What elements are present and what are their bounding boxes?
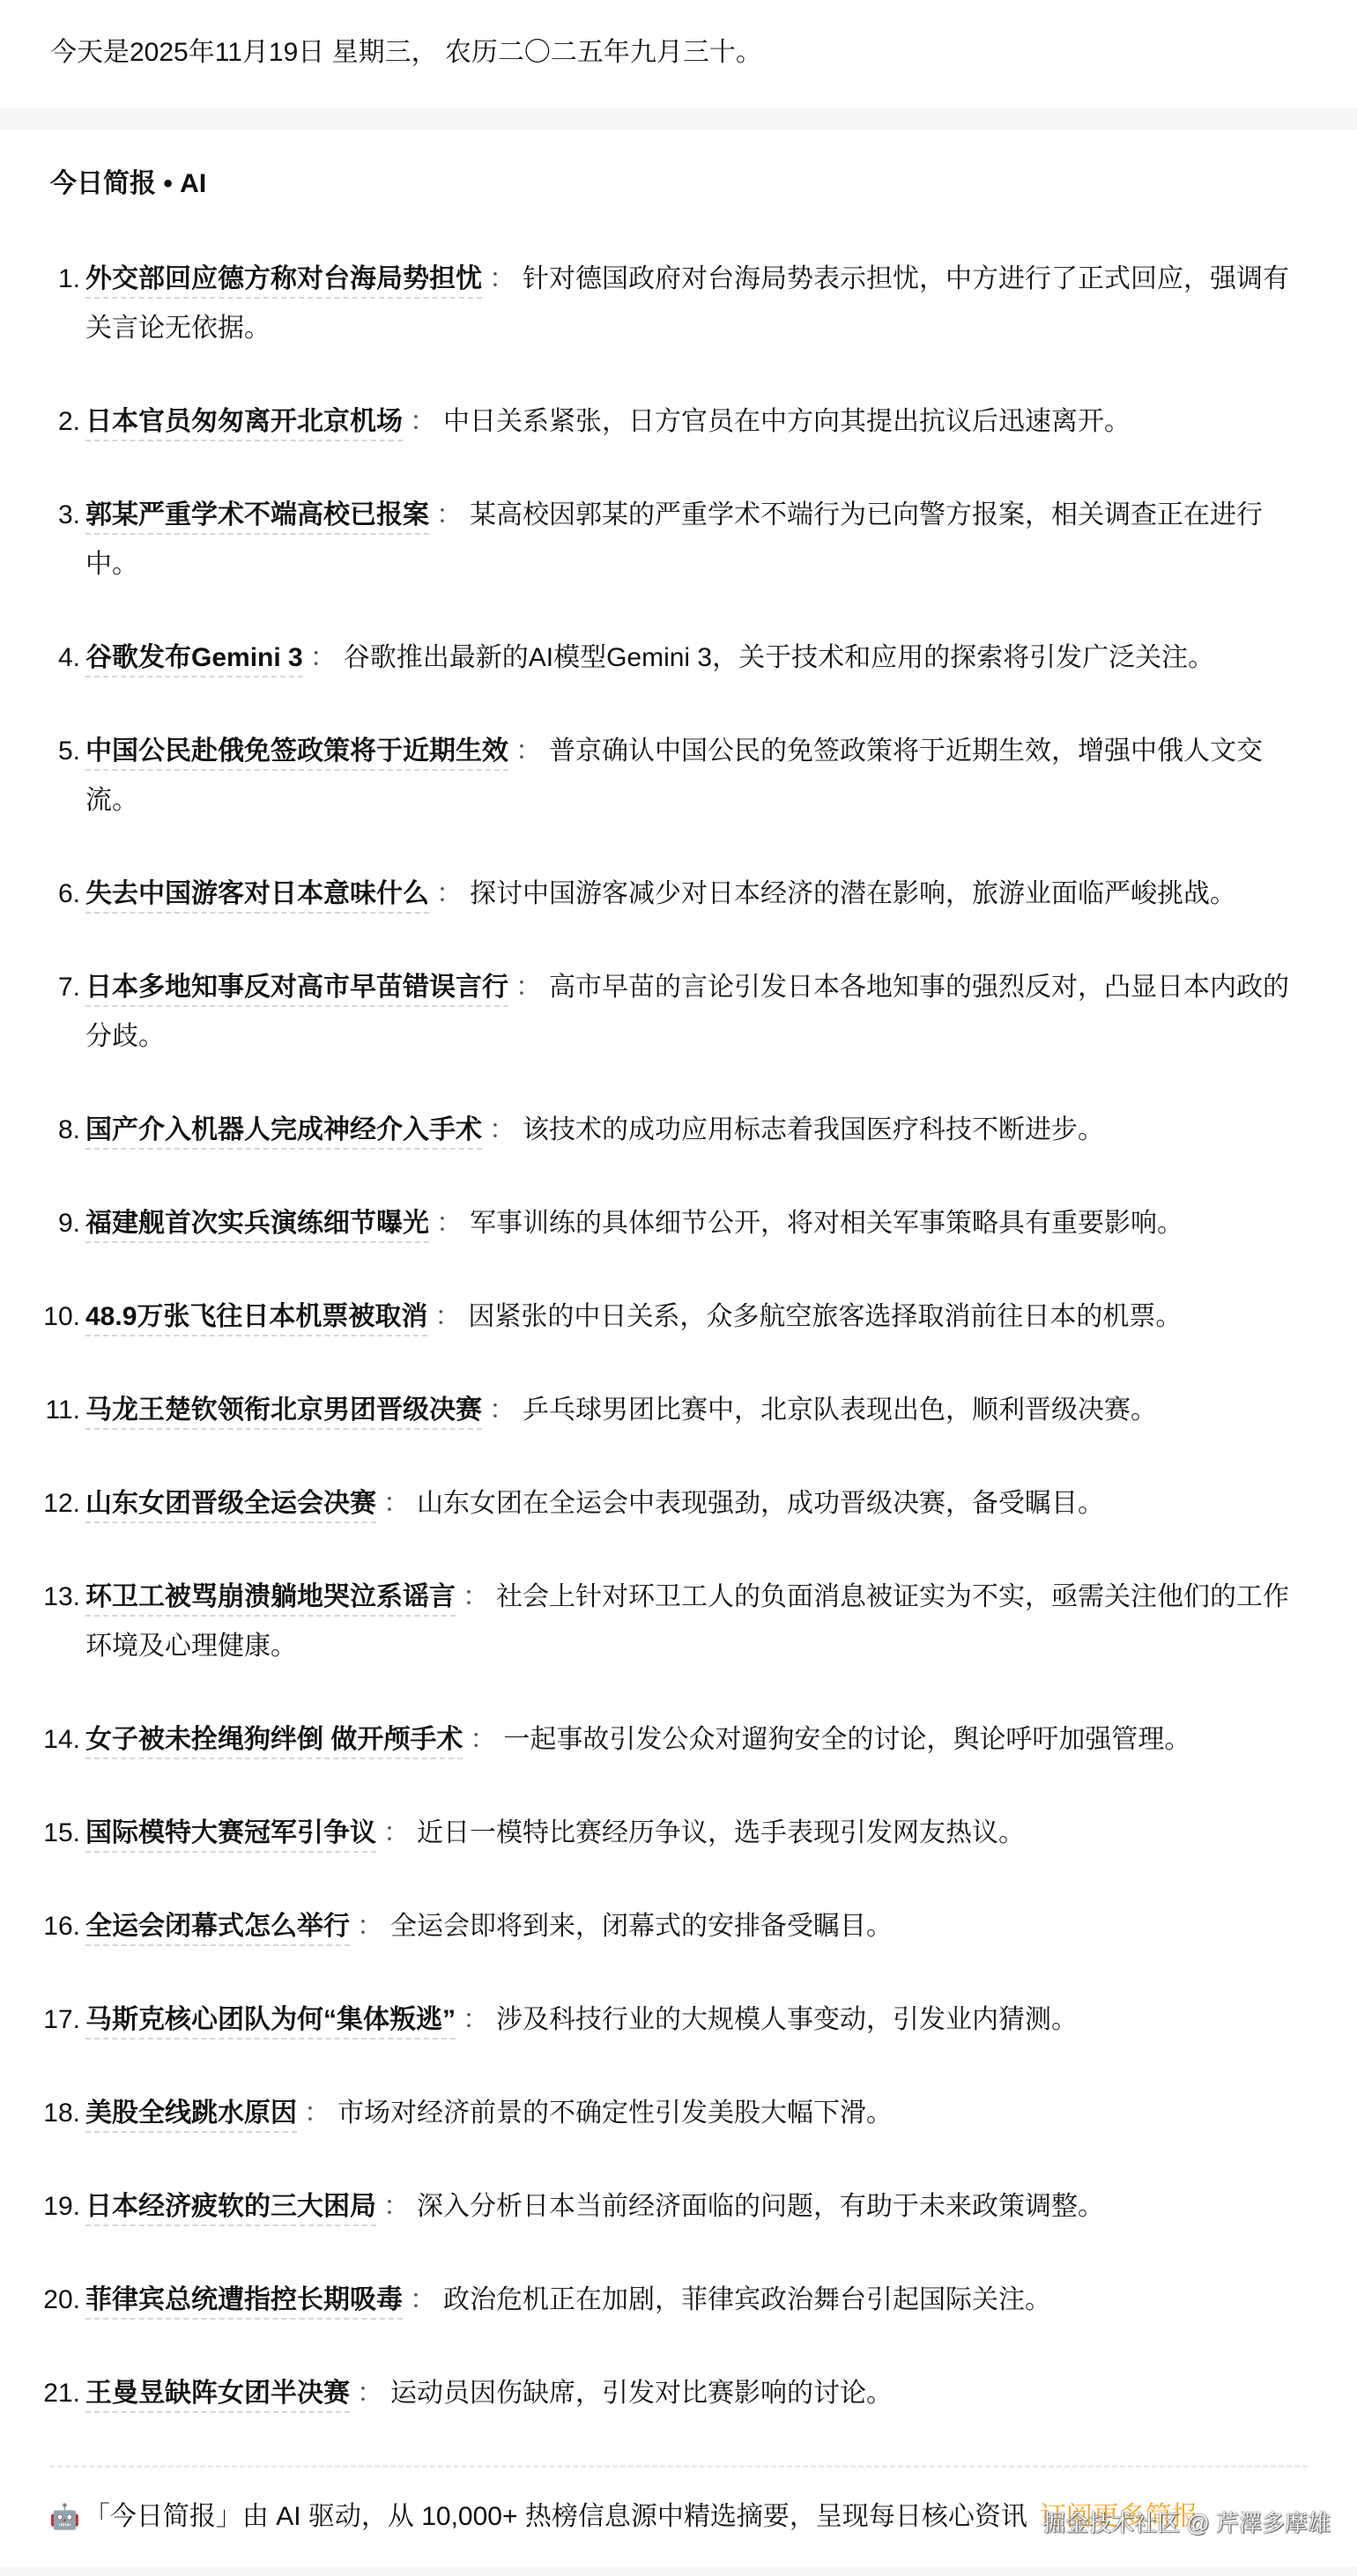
news-description: 一起事故引发公众对遛狗安全的讨论，舆论呼吁加强管理。 [503,1725,1190,1754]
news-description: 全运会即将到来，闭幕式的安排备受瞩目。 [390,1912,893,1941]
news-number: 6. [0,870,80,919]
date-bar: 今天是2025年11月19日 星期三， 农历二〇二五年九月三十。 [0,0,1357,108]
news-number: 1. [0,255,80,304]
news-number: 15. [0,1809,80,1858]
news-description: 乒乓球男团比赛中，北京队表现出色，顺利晋级决赛。 [523,1395,1157,1425]
briefing-title: 今日简报 • AI [50,167,206,202]
news-title-link[interactable]: 菲律宾总统遭指控长期吸毒 [85,2285,403,2320]
news-title-link[interactable]: 日本经济疲软的三大困局 [85,2192,376,2226]
news-separator: ： [470,1725,496,1754]
news-item: 4. 谷歌发布Gemini 3：谷歌推出最新的AI模型Gemini 3，关于技术… [0,633,1357,683]
news-title-link[interactable]: 日本多地知事反对高市早苗错误言行 [85,973,508,1007]
news-title-link[interactable]: 国际模特大赛冠军引争议 [85,1818,376,1853]
news-item: 14. 女子被未拴绳狗绊倒 做开颅手术：一起事故引发公众对遛狗安全的讨论，舆论呼… [0,1715,1357,1765]
news-separator: ： [489,264,515,293]
news-description: 市场对经济前景的不确定性引发美股大幅下滑。 [337,2099,893,2128]
news-item: 18. 美股全线跳水原因：市场对经济前景的不确定性引发美股大幅下滑。 [0,2089,1357,2138]
news-title-link[interactable]: 马斯克核心团队为何“集体叛逃” [85,2005,456,2039]
news-item: 10. 48.9万张飞往日本机票被取消：因紧张的中日关系，众多航空旅客选择取消前… [0,1292,1357,1342]
news-title-link[interactable]: 日本官员匆匆离开北京机场 [85,407,403,441]
news-number: 11. [0,1386,80,1435]
news-number: 16. [0,1902,80,1951]
news-description: 该技术的成功应用标志着我国医疗科技不断进步。 [523,1115,1104,1144]
news-separator: ： [410,2285,436,2314]
news-description: 军事训练的具体细节公开，将对相关军事策略具有重要影响。 [470,1209,1183,1238]
footer-description: 「今日简报」由 AI 驱动，从 10,000+ 热榜信息源中精选摘要，呈现每日核… [84,2502,1027,2531]
news-item: 21. 王曼昱缺阵女团半决赛：运动员因伤缺席，引发对比赛影响的讨论。 [0,2369,1357,2418]
news-number: 19. [0,2182,80,2232]
news-item: 8. 国产介入机器人完成神经介入手术：该技术的成功应用标志着我国医疗科技不断进步… [0,1106,1357,1155]
section-divider-band [0,108,1357,130]
news-description: 探讨中国游客减少对日本经济的潜在影响，旅游业面临严峻挑战。 [470,879,1236,908]
watermark: 掘金技术社区 @ 芹澤多摩雄 [1042,2506,1331,2538]
news-number: 4. [0,633,80,683]
news-separator: ： [357,2379,383,2408]
news-separator: ： [357,1912,383,1941]
news-list: 1. 外交部回应德方称对台海局势担忧：针对德国政府对台海局势表示担忧，中方进行了… [0,255,1357,2462]
news-item: 13. 环卫工被骂崩溃躺地哭泣系谣言：社会上针对环卫工人的负面消息被证实为不实，… [0,1573,1357,1671]
news-number: 9. [0,1199,80,1248]
news-item: 5. 中国公民赴俄免签政策将于近期生效：普京确认中国公民的免签政策将于近期生效，… [0,727,1357,825]
news-title-link[interactable]: 山东女团晋级全运会决赛 [85,1489,376,1523]
news-separator: ： [515,737,542,766]
news-title-link[interactable]: 48.9万张飞往日本机票被取消 [85,1302,427,1336]
bottom-band [0,2567,1357,2576]
news-item: 1. 外交部回应德方称对台海局势担忧：针对德国政府对台海局势表示担忧，中方进行了… [0,255,1357,353]
news-separator: ： [436,879,463,908]
news-item: 19. 日本经济疲软的三大困局：深入分析日本当前经济面临的问题，有助于未来政策调… [0,2182,1357,2232]
news-separator: ： [436,500,463,529]
news-description: 近日一模特比赛经历争议，选手表现引发网友热议。 [417,1818,1025,1847]
robot-icon: 🤖 [49,2503,80,2530]
news-separator: ： [436,1209,463,1238]
news-number: 21. [0,2369,80,2418]
news-separator: ： [304,2099,330,2128]
news-separator: ： [383,1489,410,1518]
news-item: 7. 日本多地知事反对高市早苗错误言行：高市早苗的言论引发日本各地知事的强烈反对… [0,963,1357,1062]
news-number: 12. [0,1479,80,1529]
news-description: 谷歌推出最新的AI模型Gemini 3，关于技术和应用的探索将引发广泛关注。 [344,643,1214,672]
news-number: 5. [0,727,80,776]
news-description: 山东女团在全运会中表现强劲，成功晋级决赛，备受瞩目。 [417,1489,1104,1518]
news-number: 8. [0,1106,80,1155]
news-separator: ： [489,1115,515,1144]
news-separator: ： [489,1395,515,1425]
news-title-link[interactable]: 环卫工被骂崩溃躺地哭泣系谣言 [85,1582,456,1617]
date-text: 今天是2025年11月19日 星期三， 农历二〇二五年九月三十。 [50,35,762,70]
news-description: 运动员因伤缺席，引发对比赛影响的讨论。 [390,2379,893,2408]
news-number: 14. [0,1715,80,1765]
news-number: 17. [0,1995,80,2045]
news-item: 12. 山东女团晋级全运会决赛：山东女团在全运会中表现强劲，成功晋级决赛，备受瞩… [0,1479,1357,1529]
news-number: 7. [0,963,80,1012]
news-number: 2. [0,397,80,447]
news-item: 11. 马龙王楚钦领衔北京男团晋级决赛：乒乓球男团比赛中，北京队表现出色，顺利晋… [0,1386,1357,1435]
news-separator: ： [463,2005,489,2034]
footer-divider [49,2465,1308,2468]
news-description: 中日关系紧张，日方官员在中方向其提出抗议后迅速离开。 [443,407,1131,436]
news-title-link[interactable]: 失去中国游客对日本意味什么 [85,879,429,914]
news-number: 10. [0,1292,80,1342]
news-item: 9. 福建舰首次实兵演练细节曝光：军事训练的具体细节公开，将对相关军事策略具有重… [0,1199,1357,1248]
news-separator: ： [310,643,337,672]
news-title-link[interactable]: 马龙王楚钦领衔北京男团晋级决赛 [85,1395,482,1430]
news-number: 13. [0,1573,80,1622]
news-item: 17. 马斯克核心团队为何“集体叛逃”：涉及科技行业的大规模人事变动，引发业内猜… [0,1995,1357,2045]
news-description: 因紧张的中日关系，众多航空旅客选择取消前往日本的机票。 [468,1302,1182,1331]
news-title-link[interactable]: 女子被未拴绳狗绊倒 做开颅手术 [85,1725,463,1759]
news-title-link[interactable]: 谷歌发布Gemini 3 [85,643,303,677]
briefing-card: 今日简报 • AI 1. 外交部回应德方称对台海局势担忧：针对德国政府对台海局势… [0,130,1357,2567]
news-separator: ： [383,2192,410,2221]
news-title-link[interactable]: 郭某严重学术不端高校已报案 [85,500,429,535]
news-title-link[interactable]: 国产介入机器人完成神经介入手术 [85,1115,482,1150]
news-title-link[interactable]: 中国公民赴俄免签政策将于近期生效 [85,737,508,771]
news-item: 2. 日本官员匆匆离开北京机场：中日关系紧张，日方官员在中方向其提出抗议后迅速离… [0,397,1357,447]
news-item: 16. 全运会闭幕式怎么举行：全运会即将到来，闭幕式的安排备受瞩目。 [0,1902,1357,1951]
news-separator: ： [383,1818,410,1847]
news-separator: ： [434,1302,461,1331]
news-item: 3. 郭某严重学术不端高校已报案：某高校因郭某的严重学术不端行为已向警方报案，相… [0,491,1357,589]
news-description: 涉及科技行业的大规模人事变动，引发业内猜测。 [496,2005,1078,2034]
news-number: 20. [0,2276,80,2325]
news-description: 深入分析日本当前经济面临的问题，有助于未来政策调整。 [417,2192,1104,2221]
news-number: 18. [0,2089,80,2138]
footer: 🤖「今日简报」由 AI 驱动，从 10,000+ 热榜信息源中精选摘要，呈现每日… [49,2495,1198,2539]
news-separator: ： [515,973,542,1002]
news-description: 政治危机正在加剧，菲律宾政治舞台引起国际关注。 [443,2285,1051,2314]
news-title-link[interactable]: 全运会闭幕式怎么举行 [85,1912,350,1946]
news-title-link[interactable]: 外交部回应德方称对台海局势担忧 [85,264,482,299]
news-item: 15. 国际模特大赛冠军引争议：近日一模特比赛经历争议，选手表现引发网友热议。 [0,1809,1357,1858]
news-separator: ： [410,407,436,436]
news-number: 3. [0,491,80,540]
news-title-link[interactable]: 美股全线跳水原因 [85,2099,297,2133]
news-title-link[interactable]: 福建舰首次实兵演练细节曝光 [85,1209,429,1243]
news-title-link[interactable]: 王曼昱缺阵女团半决赛 [85,2379,350,2413]
news-item: 6. 失去中国游客对日本意味什么：探讨中国游客减少对日本经济的潜在影响，旅游业面… [0,870,1357,919]
news-separator: ： [463,1582,489,1611]
news-item: 20. 菲律宾总统遭指控长期吸毒：政治危机正在加剧，菲律宾政治舞台引起国际关注。 [0,2276,1357,2325]
